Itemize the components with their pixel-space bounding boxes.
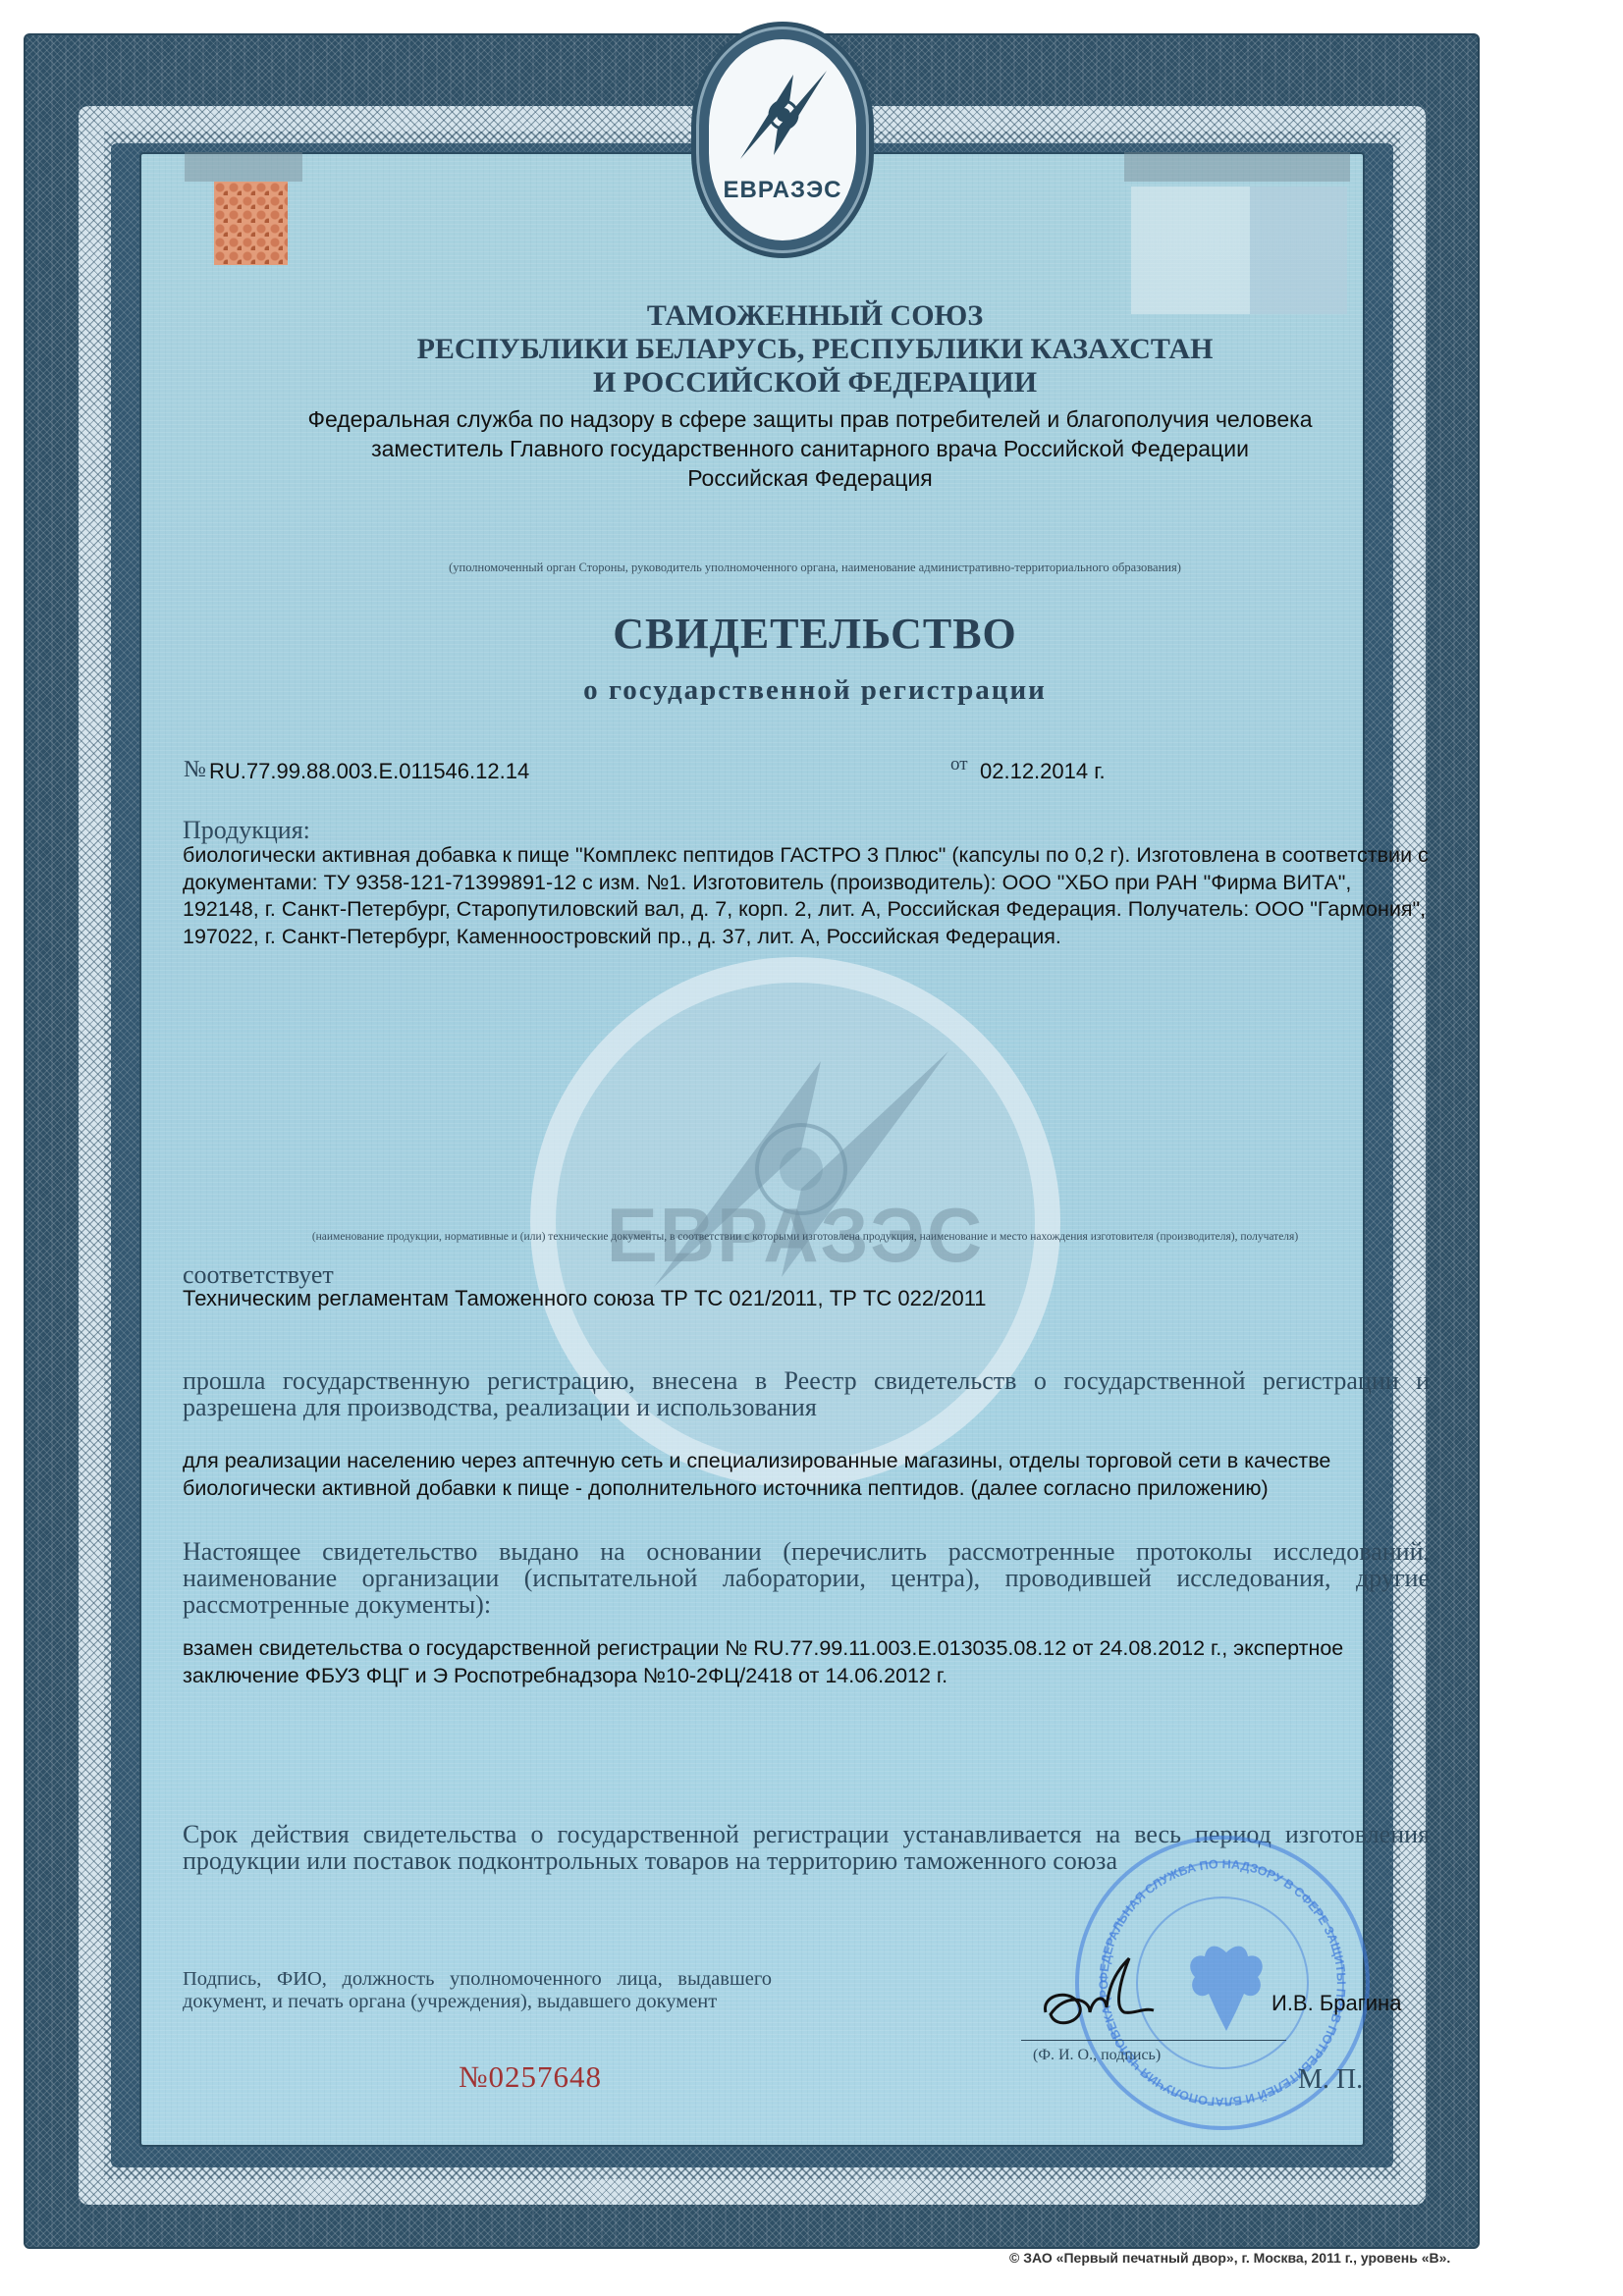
certificate-date-label: от [950, 754, 968, 775]
emblem-label: ЕВРАЗЭС [709, 177, 856, 204]
eurasec-logo-icon [732, 61, 835, 169]
signature-icon [1036, 1953, 1163, 2042]
authority-caption: (уполномоченный орган Стороны, руководит… [196, 561, 1434, 575]
union-title-line3: И РОССИЙСКОЙ ФЕДЕРАЦИИ [196, 366, 1434, 400]
product-label: Продукция: [183, 816, 310, 845]
registration-usage: для реализации населению через аптечную … [183, 1448, 1430, 1502]
signature-line-caption: (Ф. И. О., подпись) [1033, 2047, 1161, 2064]
union-title-line1: ТАМОЖЕННЫЙ СОЮЗ [196, 299, 1434, 333]
signature-line [1021, 2040, 1286, 2041]
printer-imprint: © ЗАО «Первый печатный двор», г. Москва,… [1009, 2250, 1450, 2266]
blank-serial-number: №0257648 [378, 2059, 682, 2095]
hologram-icon [214, 182, 288, 265]
certificate-number-label: № [184, 757, 206, 783]
registration-statement: прошла государственную регистрацию, внес… [183, 1367, 1430, 1420]
product-caption: (наименование продукции, нормативные и (… [177, 1231, 1434, 1243]
document-subtitle: о государственной регистрации [196, 674, 1434, 707]
basis-statement: Настоящее свидетельство выдано на основа… [183, 1538, 1430, 1618]
document-title: СВИДЕТЕЛЬСТВО [196, 609, 1434, 659]
certificate-date: 02.12.2014 г. [980, 759, 1106, 784]
eurasec-emblem: ЕВРАЗЭС [699, 29, 866, 250]
certificate-number: RU.77.99.88.003.Е.011546.12.14 [209, 759, 529, 784]
security-panel-right [1124, 152, 1350, 182]
authority-line2: заместитель Главного государственного са… [187, 434, 1434, 463]
signature-caption: Подпись, ФИО, должность уполномоченного … [183, 1968, 772, 2013]
double-headed-eagle-icon [1177, 1933, 1275, 2041]
authority-line3: Российская Федерация [187, 463, 1434, 493]
product-description: биологически активная добавка к пище "Ко… [183, 842, 1430, 950]
union-title-line2: РЕСПУБЛИКИ БЕЛАРУСЬ, РЕСПУБЛИКИ КАЗАХСТА… [196, 333, 1434, 366]
conformity-text: Техническим регламентам Таможенного союз… [183, 1285, 1430, 1312]
security-panel-left [185, 152, 302, 182]
seal-place-label: М. П. [1298, 2064, 1363, 2096]
authority-line1: Федеральная служба по надзору в сфере за… [187, 404, 1434, 434]
basis-documents: взамен свидетельства о государственной р… [183, 1635, 1430, 1689]
signer-name: И.В. Брагина [1271, 1991, 1401, 2016]
security-strip-right [1131, 187, 1347, 314]
